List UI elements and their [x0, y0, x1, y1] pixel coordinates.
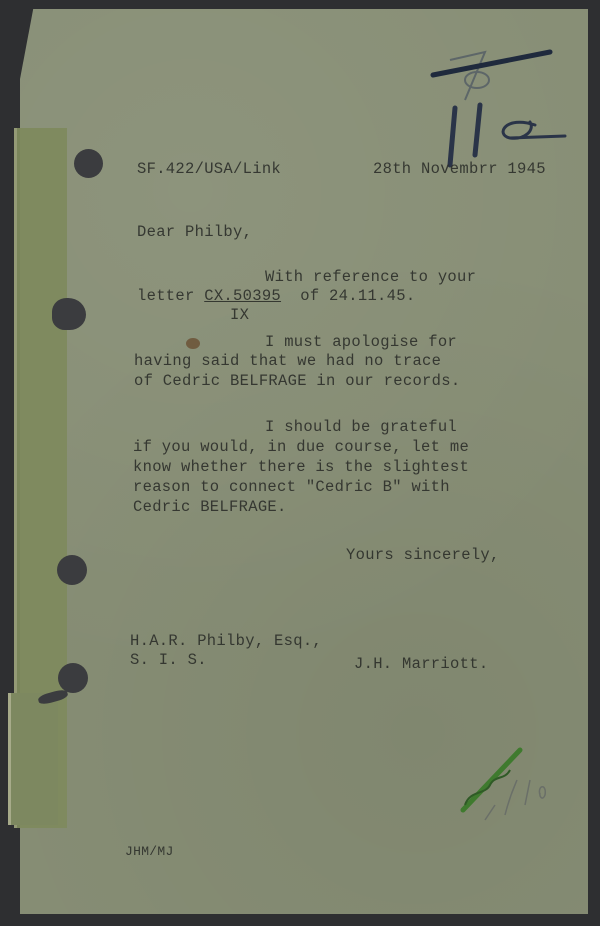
paragraph1-suffix: of 24.11.45.	[281, 287, 415, 305]
recipient-line2: S. I. S.	[130, 651, 207, 670]
punch-hole-torn-upper	[52, 298, 86, 330]
paragraph3-line1: I should be grateful	[265, 418, 457, 437]
paragraph2-line3: of Cedric BELFRAGE in our records.	[134, 372, 460, 391]
reference-subscript: IX	[230, 306, 249, 325]
paragraph3-line4: reason to connect "Cedric B" with	[133, 478, 450, 497]
handwritten-initials	[455, 735, 575, 825]
paragraph3-line2: if you would, in due course, let me	[133, 438, 469, 457]
punch-hole-torn-lower	[58, 663, 88, 693]
paragraph1-prefix: letter	[137, 287, 204, 305]
reference-number: SF.422/USA/Link	[137, 160, 281, 179]
paragraph1-line1: With reference to your	[265, 268, 476, 287]
paragraph2-line1: I must apologise for	[265, 333, 457, 352]
letter-date: 28th Novembrr 1945	[373, 160, 546, 179]
closing: Yours sincerely,	[346, 546, 500, 565]
ink-stain	[186, 338, 200, 349]
salutation: Dear Philby,	[137, 223, 252, 242]
paragraph1-line2: letter CX.50395 of 24.11.45.	[137, 287, 415, 306]
punch-hole-top	[74, 149, 103, 178]
paragraph2-line2: having said that we had no trace	[134, 352, 441, 371]
letter-reference: CX.50395	[204, 287, 281, 305]
signatory: J.H. Marriott.	[354, 655, 488, 674]
binding-tape-lower	[8, 693, 58, 825]
handwritten-folio-number	[425, 30, 585, 170]
recipient-line1: H.A.R. Philby, Esq.,	[130, 632, 322, 651]
paragraph3-line5: Cedric BELFRAGE.	[133, 498, 287, 517]
punch-hole-middle	[57, 555, 87, 585]
typist-reference: JHM/MJ	[125, 842, 174, 861]
paragraph3-line3: know whether there is the slightest	[133, 458, 469, 477]
